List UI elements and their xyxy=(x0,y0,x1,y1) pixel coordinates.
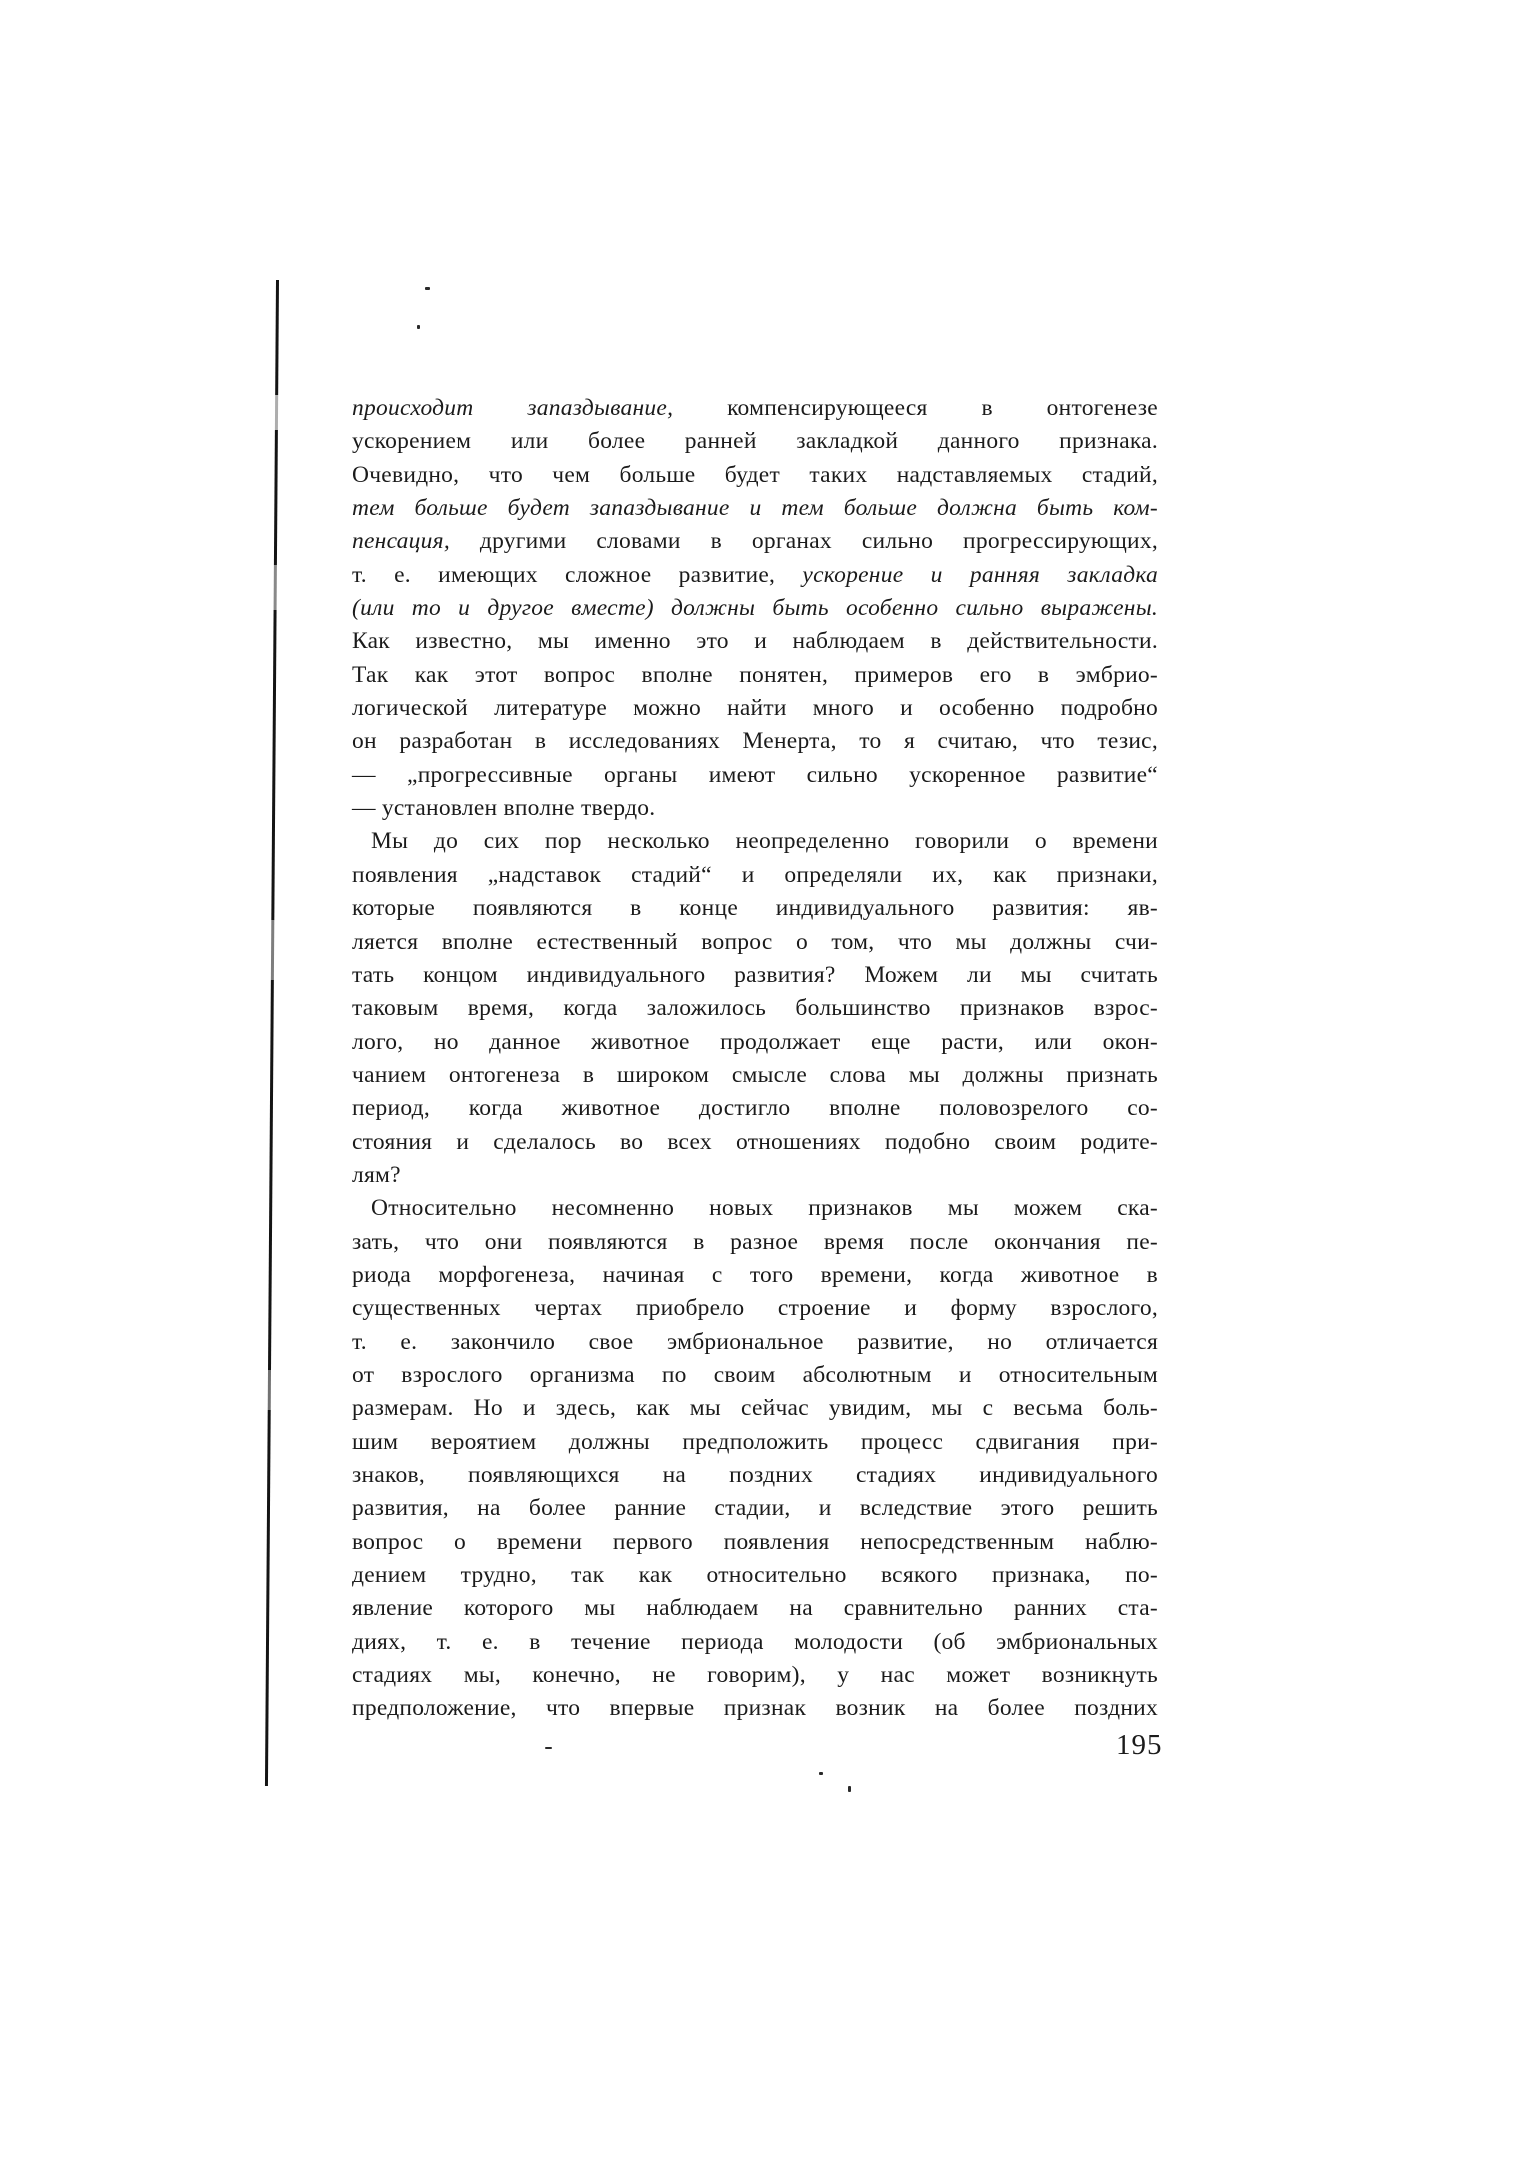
text-line: появления „надставок стадий“ и определял… xyxy=(352,859,1158,892)
scan-speck xyxy=(425,287,430,290)
text-segment: т. е. закончило свое эмбриональное разви… xyxy=(352,1329,1158,1355)
text-segment: лям? xyxy=(352,1162,401,1188)
text-segment: риода морфогенеза, начиная с того времен… xyxy=(352,1262,1158,1288)
text-segment: происходит запаздывание, xyxy=(352,395,673,421)
text-segment: компенсирующееся в онтогенезе xyxy=(673,395,1158,421)
text-segment: ускорение и ранняя закладка xyxy=(802,562,1158,588)
text-segment: т. е. имеющих сложное развитие, xyxy=(352,562,802,588)
text-line: тать концом индивидуального развития? Мо… xyxy=(352,959,1158,992)
text-block: происходит запаздывание, компенсирующеес… xyxy=(352,392,1158,1726)
text-segment: появления „надставок стадий“ и определял… xyxy=(352,862,1158,888)
margin-rule xyxy=(265,280,279,1786)
text-segment: тать концом индивидуального развития? Мо… xyxy=(352,962,1158,988)
text-line: т. е. имеющих сложное развитие, ускорени… xyxy=(352,559,1158,592)
text-segment: чанием онтогенеза в широком смысле слова… xyxy=(352,1062,1158,1088)
text-segment: — установлен вполне твердо. xyxy=(352,795,655,821)
scan-speck xyxy=(417,325,420,329)
text-segment: таковым время, когда заложилось большинс… xyxy=(352,995,1158,1021)
text-line: чанием онтогенеза в широком смысле слова… xyxy=(352,1059,1158,1092)
page-number: 195 xyxy=(1116,1729,1164,1762)
text-line: т. е. закончило свое эмбриональное разви… xyxy=(352,1326,1158,1359)
text-segment: предположение, что впервые признак возни… xyxy=(352,1695,1158,1721)
scan-speck xyxy=(545,1747,552,1749)
text-line: развития, на более ранние стадии, и всле… xyxy=(352,1492,1158,1525)
scan-speck xyxy=(848,1786,851,1792)
text-segment: существенных чертах приобрело строение и… xyxy=(352,1295,1158,1321)
text-line: Очевидно, что чем больше будет таких над… xyxy=(352,459,1158,492)
text-segment: тем больше будет запаздывание и тем боль… xyxy=(352,495,1158,521)
text-line: шим вероятием должны предположить процес… xyxy=(352,1426,1158,1459)
text-segment: вопрос о времени первого появления непос… xyxy=(352,1529,1158,1555)
text-line: диях, т. е. в течение периода молодости … xyxy=(352,1626,1158,1659)
text-segment: период, когда животное достигло вполне п… xyxy=(352,1095,1158,1121)
text-segment: ускорением или более ранней закладкой да… xyxy=(352,428,1158,454)
text-line: логической литературе можно найти много … xyxy=(352,692,1158,725)
text-segment: Очевидно, что чем больше будет таких над… xyxy=(352,462,1158,488)
text-segment: — „прогрессивные органы имеют сильно уск… xyxy=(352,762,1158,788)
text-line: предположение, что впервые признак возни… xyxy=(352,1692,1158,1725)
text-line: от взрослого организма по своим абсолютн… xyxy=(352,1359,1158,1392)
text-line: Мы до сих пор несколько неопределенно го… xyxy=(352,825,1158,858)
text-segment: другими словами в органах сильно прогрес… xyxy=(450,528,1158,554)
text-line: лям? xyxy=(352,1159,1158,1192)
text-line: Как известно, мы именно это и наблюдаем … xyxy=(352,625,1158,658)
text-segment: ляется вполне естественный вопрос о том,… xyxy=(352,929,1158,955)
text-segment: Так как этот вопрос вполне понятен, прим… xyxy=(352,662,1158,688)
text-line: размерам. Но и здесь, как мы сейчас увид… xyxy=(352,1392,1158,1425)
text-line: стояния и сделалось во всех отношениях п… xyxy=(352,1126,1158,1159)
text-line: таковым время, когда заложилось большинс… xyxy=(352,992,1158,1025)
text-segment: Мы до сих пор несколько неопределенно го… xyxy=(371,828,1158,854)
text-line: лого, но данное животное продолжает еще … xyxy=(352,1026,1158,1059)
text-line: он разработан в исследованиях Менерта, т… xyxy=(352,725,1158,758)
text-line: (или то и другое вместе) должны быть осо… xyxy=(352,592,1158,625)
text-segment: знаков, появляющихся на поздних стадиях … xyxy=(352,1462,1158,1488)
text-line: зать, что они появляются в разное время … xyxy=(352,1226,1158,1259)
text-line: вопрос о времени первого появления непос… xyxy=(352,1526,1158,1559)
text-line: ускорением или более ранней закладкой да… xyxy=(352,425,1158,458)
scanned-book-page: { "document": { "language": "ru", "page_… xyxy=(0,0,1527,2160)
text-segment: размерам. Но и здесь, как мы сейчас увид… xyxy=(352,1395,1158,1421)
text-line: знаков, появляющихся на поздних стадиях … xyxy=(352,1459,1158,1492)
text-segment: Как известно, мы именно это и наблюдаем … xyxy=(352,628,1158,654)
text-line: тем больше будет запаздывание и тем боль… xyxy=(352,492,1158,525)
text-segment: явление которого мы наблюдаем на сравнит… xyxy=(352,1595,1158,1621)
text-segment: дением трудно, так как относительно всяк… xyxy=(352,1562,1158,1588)
text-segment: от взрослого организма по своим абсолютн… xyxy=(352,1362,1158,1388)
text-line: риода морфогенеза, начиная с того времен… xyxy=(352,1259,1158,1292)
text-segment: Относительно несомненно новых признаков … xyxy=(371,1195,1158,1221)
text-segment: зать, что они появляются в разное время … xyxy=(352,1229,1158,1255)
text-segment: стояния и сделалось во всех отношениях п… xyxy=(352,1129,1158,1155)
text-segment: он разработан в исследованиях Менерта, т… xyxy=(352,728,1158,754)
text-segment: логической литературе можно найти много … xyxy=(352,695,1158,721)
text-line: дением трудно, так как относительно всяк… xyxy=(352,1559,1158,1592)
text-line: которые появляются в конце индивидуально… xyxy=(352,892,1158,925)
scan-speck xyxy=(1121,1681,1124,1683)
text-segment: стадиях мы, конечно, не говорим), у нас … xyxy=(352,1662,1158,1688)
text-segment: которые появляются в конце индивидуально… xyxy=(352,895,1158,921)
text-segment: пенсация, xyxy=(352,528,450,554)
text-segment: развития, на более ранние стадии, и всле… xyxy=(352,1495,1158,1521)
text-line: — установлен вполне твердо. xyxy=(352,792,1158,825)
text-line: существенных чертах приобрело строение и… xyxy=(352,1292,1158,1325)
text-line: явление которого мы наблюдаем на сравнит… xyxy=(352,1592,1158,1625)
text-line: Так как этот вопрос вполне понятен, прим… xyxy=(352,659,1158,692)
text-line: пенсация, другими словами в органах силь… xyxy=(352,525,1158,558)
text-segment: диях, т. е. в течение периода молодости … xyxy=(352,1629,1158,1655)
text-line: происходит запаздывание, компенсирующеес… xyxy=(352,392,1158,425)
text-segment: (или то и другое вместе) должны быть осо… xyxy=(352,595,1158,621)
text-line: период, когда животное достигло вполне п… xyxy=(352,1092,1158,1125)
text-segment: лого, но данное животное продолжает еще … xyxy=(352,1029,1158,1055)
text-line: — „прогрессивные органы имеют сильно уск… xyxy=(352,759,1158,792)
text-segment: шим вероятием должны предположить процес… xyxy=(352,1429,1158,1455)
text-line: Относительно несомненно новых признаков … xyxy=(352,1192,1158,1225)
text-line: стадиях мы, конечно, не говорим), у нас … xyxy=(352,1659,1158,1692)
scan-speck xyxy=(819,1772,823,1775)
text-line: ляется вполне естественный вопрос о том,… xyxy=(352,926,1158,959)
